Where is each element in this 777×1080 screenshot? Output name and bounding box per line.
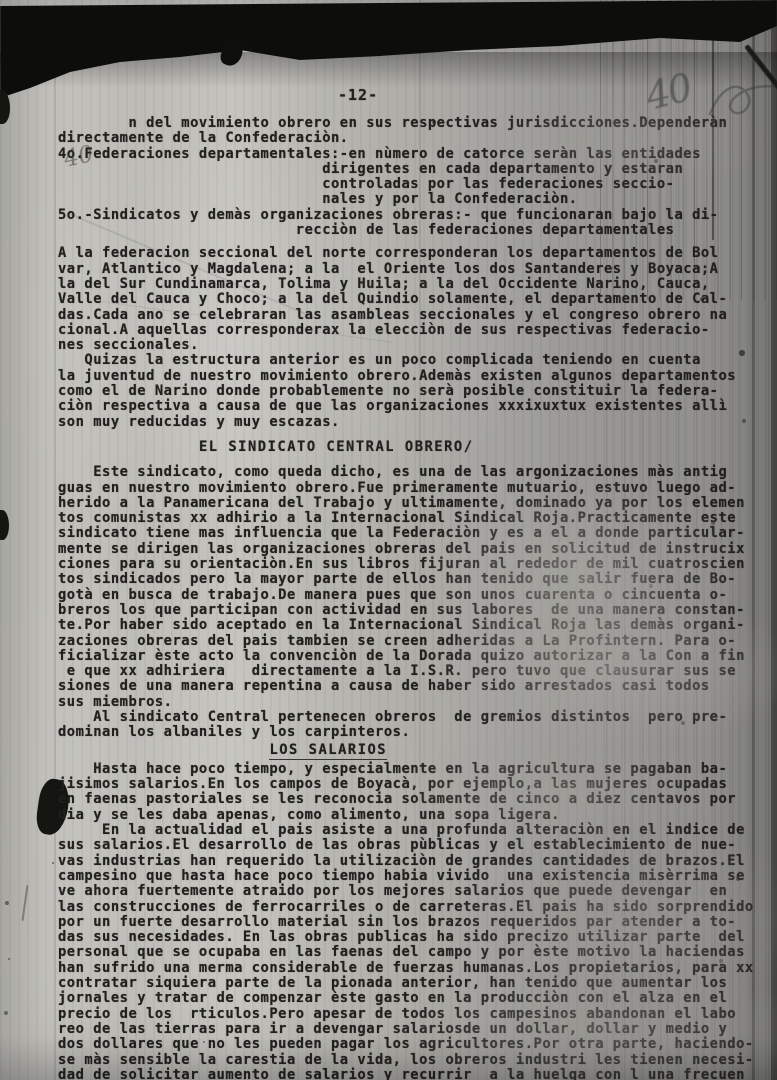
faded-ink-region — [0, 0, 777, 1080]
scanned-document-page: -12- n del movimiento obrero en sus resp… — [0, 0, 777, 1080]
